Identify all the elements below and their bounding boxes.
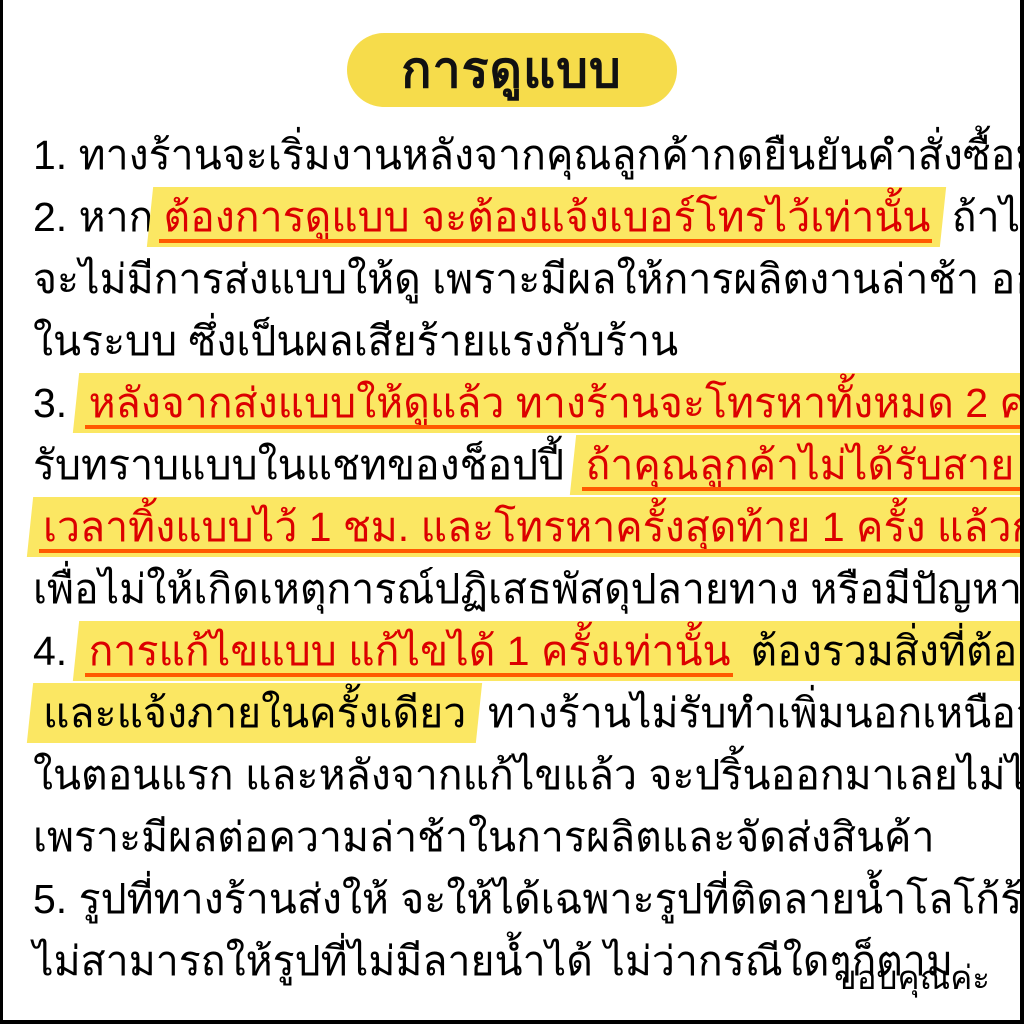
text-segment: หลังจากส่งแบบให้ดูแล้ว ทางร้านจะโทรหาทั้… xyxy=(79,372,1024,434)
text-segment: 3. xyxy=(33,380,79,426)
text-segment: ในตอนแรก และหลังจากแก้ไขแล้ว จะปริ้นออกม… xyxy=(33,752,1024,798)
notice-line: 3. หลังจากส่งแบบให้ดูแล้ว ทางร้านจะโทรหา… xyxy=(33,372,996,434)
notice-line: ในระบบ ซึ่งเป็นผลเสียร้ายแรงกับร้าน xyxy=(33,310,996,372)
text-segment: จะไม่มีการส่งแบบให้ดู เพราะมีผลให้การผลิ… xyxy=(33,256,1024,302)
text-segment: ถ้าไม่ได้ให้เบอร์ไว้ xyxy=(940,194,1024,240)
notice-line: รับทราบแบบในแชทของช็อปปี้ ถ้าคุณลูกค้าไม… xyxy=(33,434,996,496)
text-segment: เพราะมีผลต่อความล่าช้าในการผลิตและจัดส่ง… xyxy=(33,814,934,860)
notice-line: 4. การแก้ไขแบบ แก้ไขได้ 1 ครั้งเท่านั้นต… xyxy=(33,620,996,682)
closing-note: ขอบคุณค่ะ xyxy=(834,951,990,1004)
text-segment: ในระบบ ซึ่งเป็นผลเสียร้ายแรงกับร้าน xyxy=(33,318,678,364)
title-banner: การดูแบบ xyxy=(347,33,677,107)
notice-line: 1. ทางร้านจะเริ่มงานหลังจากคุณลูกค้ากดยื… xyxy=(33,124,996,186)
text-segment: 2. หาก xyxy=(33,194,153,240)
notice-line: ในตอนแรก และหลังจากแก้ไขแล้ว จะปริ้นออกม… xyxy=(33,744,996,806)
text-segment: 4. xyxy=(33,628,79,674)
text-segment: ต้องการดูแบบ จะต้องแจ้งเบอร์โทรไว้เท่านั… xyxy=(153,186,940,248)
text-segment: ต้องรวมสิ่งที่ต้องการแก้ไข xyxy=(741,620,1024,682)
notice-body: 1. ทางร้านจะเริ่มงานหลังจากคุณลูกค้ากดยื… xyxy=(33,124,996,992)
text-segment: ทางร้านไม่รับทำเพิ่มนอกเหนือจากที่ได้คุย… xyxy=(476,690,1024,736)
text-segment: รับทราบแบบในแชทของช็อปปี้ xyxy=(33,442,576,488)
notice-line: 2. หากต้องการดูแบบ จะต้องแจ้งเบอร์โทรไว้… xyxy=(33,186,996,248)
text-segment: 1. ทางร้านจะเริ่มงานหลังจากคุณลูกค้ากดยื… xyxy=(33,132,1024,178)
notice-line: และแจ้งภายในครั้งเดียว ทางร้านไม่รับทำเพ… xyxy=(33,682,996,744)
page-title: การดูแบบ xyxy=(401,31,621,110)
notice-page: การดูแบบ 1. ทางร้านจะเริ่มงานหลังจากคุณล… xyxy=(0,0,1024,1024)
text-segment: และแจ้งภายในครั้งเดียว xyxy=(33,682,476,744)
text-segment: เพื่อไม่ให้เกิดเหตุการณ์ปฏิเสธพัสดุปลายท… xyxy=(33,566,1024,612)
notice-line: เพื่อไม่ให้เกิดเหตุการณ์ปฏิเสธพัสดุปลายท… xyxy=(33,558,996,620)
text-segment: ไม่สามารถให้รูปที่ไม่มีลายน้ำได้ ไม่ว่าก… xyxy=(33,938,953,984)
notice-line: 5. รูปที่ทางร้านส่งให้ จะให้ได้เฉพาะรูปท… xyxy=(33,868,996,930)
notice-line: จะไม่มีการส่งแบบให้ดู เพราะมีผลให้การผลิ… xyxy=(33,248,996,310)
text-segment: ถ้าคุณลูกค้าไม่ได้รับสาย ทางร้านจะให้ xyxy=(576,434,1024,496)
text-segment: การแก้ไขแบบ แก้ไขได้ 1 ครั้งเท่านั้น xyxy=(79,620,741,682)
notice-line: เพราะมีผลต่อความล่าช้าในการผลิตและจัดส่ง… xyxy=(33,806,996,868)
notice-line: เวลาทิ้งแบบไว้ 1 ชม. และโทรหาครั้งสุดท้า… xyxy=(33,496,996,558)
text-segment: 5. รูปที่ทางร้านส่งให้ จะให้ได้เฉพาะรูปท… xyxy=(33,876,1024,922)
text-segment: เวลาทิ้งแบบไว้ 1 ชม. และโทรหาครั้งสุดท้า… xyxy=(33,496,1024,558)
